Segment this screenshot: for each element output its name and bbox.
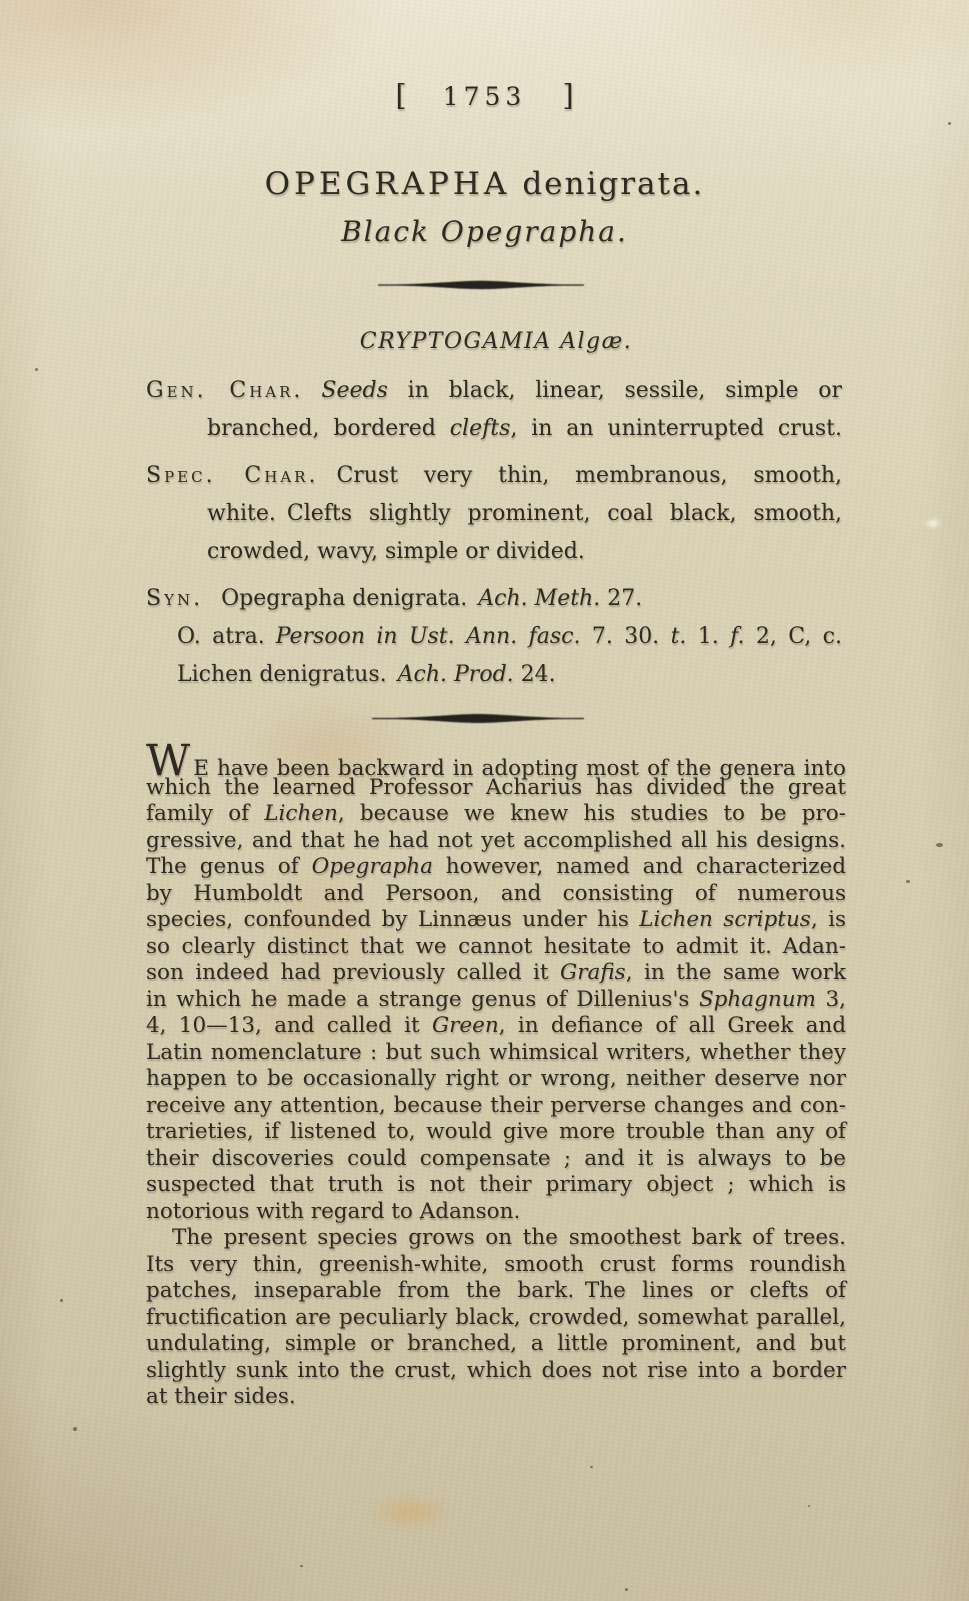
body-line: undulating, simple or branched, a little… (146, 1331, 846, 1358)
body-line: Its very thin, greenish-white, smooth cr… (146, 1252, 846, 1279)
body-line: species, confounded by Linnæus under his… (146, 907, 846, 934)
swelled-rule-divider (378, 279, 584, 291)
body-line: their discoveries could compensate ; and… (146, 1146, 846, 1173)
body-line: by Humboldt and Persoon, and consisting … (146, 881, 846, 908)
ink-speck (948, 122, 951, 125)
body-line: fructification are peculiarly black, cro… (146, 1305, 846, 1332)
ink-speck (590, 1466, 593, 1468)
entry: Spec. Char.Crust very thin, membranous, … (146, 457, 842, 571)
body-line: so clearly distinct that we cannot hesit… (146, 934, 846, 961)
entry-line: white. Clefts slightly prominent, coal b… (146, 495, 842, 533)
body-line: family of Lichen, because we knew his st… (146, 801, 846, 828)
body-line: slightly sunk into the crust, which does… (146, 1358, 846, 1385)
body-line: WE have been backward in adopting most o… (146, 748, 846, 775)
entry-label: Syn. (146, 586, 203, 611)
entry-line: O. atra. Persoon in Ust. Ann. fasc. 7. 3… (146, 618, 842, 656)
character-entries: Gen. Char.Seeds in black, linear, sessil… (146, 372, 842, 703)
species-epithet: denigrata. (522, 166, 704, 202)
body-line: The present species grows on the smoothe… (146, 1225, 846, 1252)
body-line: suspected that truth is not their primar… (146, 1172, 846, 1199)
taxonomy-line: CRYPTOGAMIA Algæ. (146, 329, 846, 354)
paper-white-spot (924, 517, 942, 530)
swelled-rule-divider (372, 712, 584, 725)
page-number-value: 1753 (443, 82, 527, 111)
page-number-open-bracket: [ (395, 78, 406, 112)
body-line: gressive, and that he had not yet accomp… (146, 828, 846, 855)
body-line: The genus of Opegrapha however, named an… (146, 854, 846, 881)
page-number-close-bracket: ] (562, 78, 573, 112)
ink-speck (73, 1427, 77, 1431)
entry: Gen. Char.Seeds in black, linear, sessil… (146, 372, 842, 448)
body-line: Latin nomenclature : but such whimsical … (146, 1040, 846, 1067)
species-title: OPEGRAPHAdenigrata. (0, 166, 969, 202)
entry-line: Spec. Char.Crust very thin, membranous, … (146, 457, 842, 495)
page-number: [ 1753 ] (0, 78, 969, 112)
common-name: Black Opegrapha. (0, 215, 969, 248)
body-line: in which he made a strange genus of Dill… (146, 987, 846, 1014)
body-line: patches, inseparable from the bark. The … (146, 1278, 846, 1305)
body-line: which the learned Professor Acharius has… (146, 775, 846, 802)
ink-speck (625, 1588, 628, 1591)
body-line: trarieties, if listened to, would give m… (146, 1119, 846, 1146)
entry-label: Spec. Char. (146, 463, 318, 488)
body-line: son indeed had previously called it Graf… (146, 960, 846, 987)
body-text: WE have been backward in adopting most o… (146, 748, 846, 1411)
entry-line: branched, bordered clefts, in an uninter… (146, 410, 842, 448)
ink-speck (60, 1299, 63, 1302)
scanned-book-page: [ 1753 ] OPEGRAPHAdenigrata. Black Opegr… (0, 0, 969, 1601)
ink-speck (35, 368, 38, 371)
entry-label: Gen. Char. (146, 378, 303, 403)
entry-line: Syn.Opegrapha denigrata. Ach. Meth. 27. (146, 580, 842, 618)
entry-line: Gen. Char.Seeds in black, linear, sessil… (146, 372, 842, 410)
ink-speck (808, 1505, 810, 1507)
ink-speck (906, 880, 910, 883)
paper-stain (368, 1494, 452, 1530)
genus-name: OPEGRAPHA (265, 166, 511, 202)
body-line: happen to be occasionally right or wrong… (146, 1066, 846, 1093)
body-line: 4, 10—13, and called it Green, in defian… (146, 1013, 846, 1040)
body-line: receive any attention, because their per… (146, 1093, 846, 1120)
ink-speck (300, 1565, 303, 1567)
entry: Syn.Opegrapha denigrata. Ach. Meth. 27.O… (146, 580, 842, 694)
ink-speck (936, 843, 943, 847)
